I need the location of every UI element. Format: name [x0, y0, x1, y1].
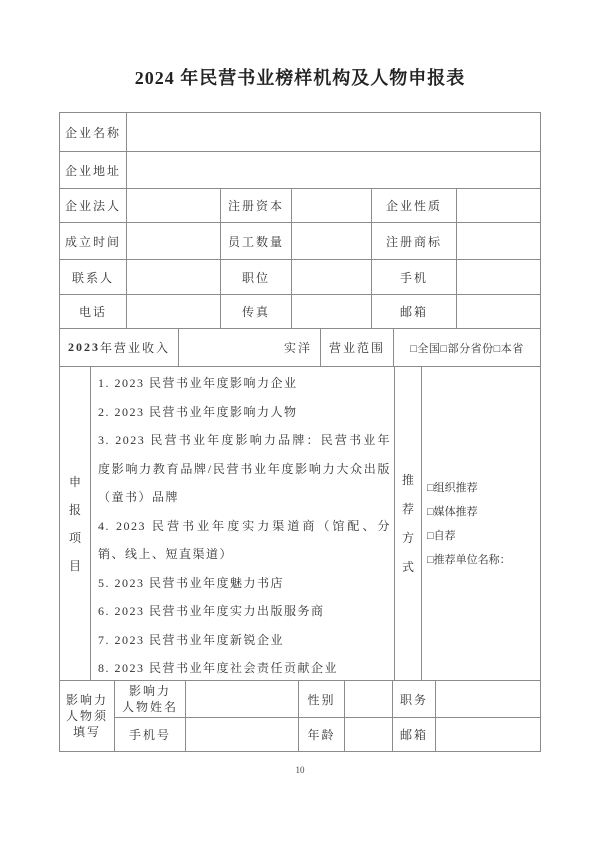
legal-person-value-cell	[127, 189, 221, 223]
contact-label: 联系人	[60, 260, 127, 295]
table-row: 企业法人 注册资本 企业性质	[60, 189, 541, 223]
fax-value-cell	[292, 295, 372, 329]
application-item-4: 4. 2023 民营书业年度实力渠道商（馆配、分销、线上、短直渠道）	[98, 512, 391, 569]
position-value-cell	[436, 681, 541, 718]
table-row: 电话 传真 邮箱	[60, 295, 541, 329]
company-name-label: 企业名称	[60, 113, 127, 152]
table-row: 2023 年营业收入 实洋 营业范围 □全国□部分省份□本省	[60, 329, 541, 367]
person-email-value-cell	[436, 718, 541, 752]
table-row: 联系人 职位 手机	[60, 260, 541, 295]
person-name-value-cell	[186, 681, 299, 718]
fax-label: 传真	[221, 295, 292, 329]
company-address-value-cell	[127, 152, 541, 189]
recommend-method-header: 推 荐 方 式	[395, 367, 422, 681]
employee-count-label: 员工数量	[221, 223, 292, 260]
table-row: 申 报 项 目 1. 2023 民营书业年度影响力企业 2. 2023 民营书业…	[60, 367, 541, 681]
employee-count-value-cell	[292, 223, 372, 260]
revenue-label-text: 年营业收入	[100, 339, 170, 356]
application-form-table: 企业名称 企业地址 企业法人 注册资本 企业性质 成立时间 员工数量 注册商标 …	[59, 112, 541, 752]
person-section-label: 影响力 人物须 填写	[60, 681, 115, 752]
founding-date-value-cell	[127, 223, 221, 260]
application-item-6: 6. 2023 民营书业年度实力出版服务商	[98, 597, 391, 626]
gender-label: 性别	[299, 681, 345, 718]
table-row: 影响力 人物姓名 性别 职务	[115, 681, 541, 718]
founding-date-label: 成立时间	[60, 223, 127, 260]
page-number: 10	[0, 765, 600, 775]
recommend-option-unit-name-checkbox: □推荐单位名称：	[427, 551, 511, 569]
mobile-label: 手机	[372, 260, 457, 295]
table-row: 影响力 人物须 填写 影响力 人物姓名 性别 职务 手机号 年龄 邮箱	[60, 681, 541, 752]
gender-value-cell	[345, 681, 393, 718]
revenue-unit-label: 实洋	[284, 339, 312, 356]
job-title-value-cell	[292, 260, 372, 295]
company-type-label: 企业性质	[372, 189, 457, 223]
table-row: 企业地址	[60, 152, 541, 189]
person-mobile-label: 手机号	[115, 718, 186, 752]
application-item-3: 3. 2023 民营书业年度影响力品牌：民营书业年度影响力教育品牌/民营书业年度…	[98, 426, 391, 512]
contact-value-cell	[127, 260, 221, 295]
registered-capital-value-cell	[292, 189, 372, 223]
recommend-option-org-checkbox: □组织推荐	[427, 479, 478, 497]
recommend-option-media-checkbox: □媒体推荐	[427, 503, 478, 521]
revenue-value-cell: 实洋	[179, 329, 321, 367]
page-title: 2024 年民营书业榜样机构及人物申报表	[0, 0, 600, 90]
registered-capital-label: 注册资本	[221, 189, 292, 223]
application-item-5: 5. 2023 民营书业年度魅力书店	[98, 569, 391, 598]
person-section-grid: 影响力 人物姓名 性别 职务 手机号 年龄 邮箱	[115, 681, 541, 752]
position-label: 职务	[393, 681, 436, 718]
application-item-2: 2. 2023 民营书业年度影响力人物	[98, 398, 391, 427]
table-row: 成立时间 员工数量 注册商标	[60, 223, 541, 260]
company-name-value-cell	[127, 113, 541, 152]
company-address-label: 企业地址	[60, 152, 127, 189]
recommend-method-options: □组织推荐 □媒体推荐 □自荐 □推荐单位名称：	[422, 367, 541, 681]
job-title-label: 职位	[221, 260, 292, 295]
revenue-2023-label: 2023 年营业收入	[60, 329, 179, 367]
application-items-list: 1. 2023 民营书业年度影响力企业 2. 2023 民营书业年度影响力人物 …	[91, 367, 395, 681]
application-items-header: 申 报 项 目	[60, 367, 91, 681]
age-value-cell	[345, 718, 393, 752]
trademark-value-cell	[457, 223, 541, 260]
business-scope-checkbox-options: □全国□部分省份□本省	[394, 329, 541, 367]
mobile-value-cell	[457, 260, 541, 295]
application-item-8: 8. 2023 民营书业年度社会责任贡献企业	[98, 654, 391, 681]
person-name-label: 影响力 人物姓名	[115, 681, 186, 718]
trademark-label: 注册商标	[372, 223, 457, 260]
business-scope-label: 营业范围	[321, 329, 394, 367]
email-value-cell	[457, 295, 541, 329]
document-page: 2024 年民营书业榜样机构及人物申报表 企业名称 企业地址 企业法人 注册资本…	[0, 0, 600, 848]
revenue-year: 2023	[68, 340, 100, 355]
application-item-7: 7. 2023 民营书业年度新锐企业	[98, 626, 391, 655]
application-item-1: 1. 2023 民营书业年度影响力企业	[98, 369, 391, 398]
table-row: 手机号 年龄 邮箱	[115, 718, 541, 752]
recommend-option-self-checkbox: □自荐	[427, 527, 456, 545]
phone-value-cell	[127, 295, 221, 329]
person-email-label: 邮箱	[393, 718, 436, 752]
legal-person-label: 企业法人	[60, 189, 127, 223]
table-row: 企业名称	[60, 113, 541, 152]
company-type-value-cell	[457, 189, 541, 223]
phone-label: 电话	[60, 295, 127, 329]
age-label: 年龄	[299, 718, 345, 752]
email-label: 邮箱	[372, 295, 457, 329]
person-mobile-value-cell	[186, 718, 299, 752]
